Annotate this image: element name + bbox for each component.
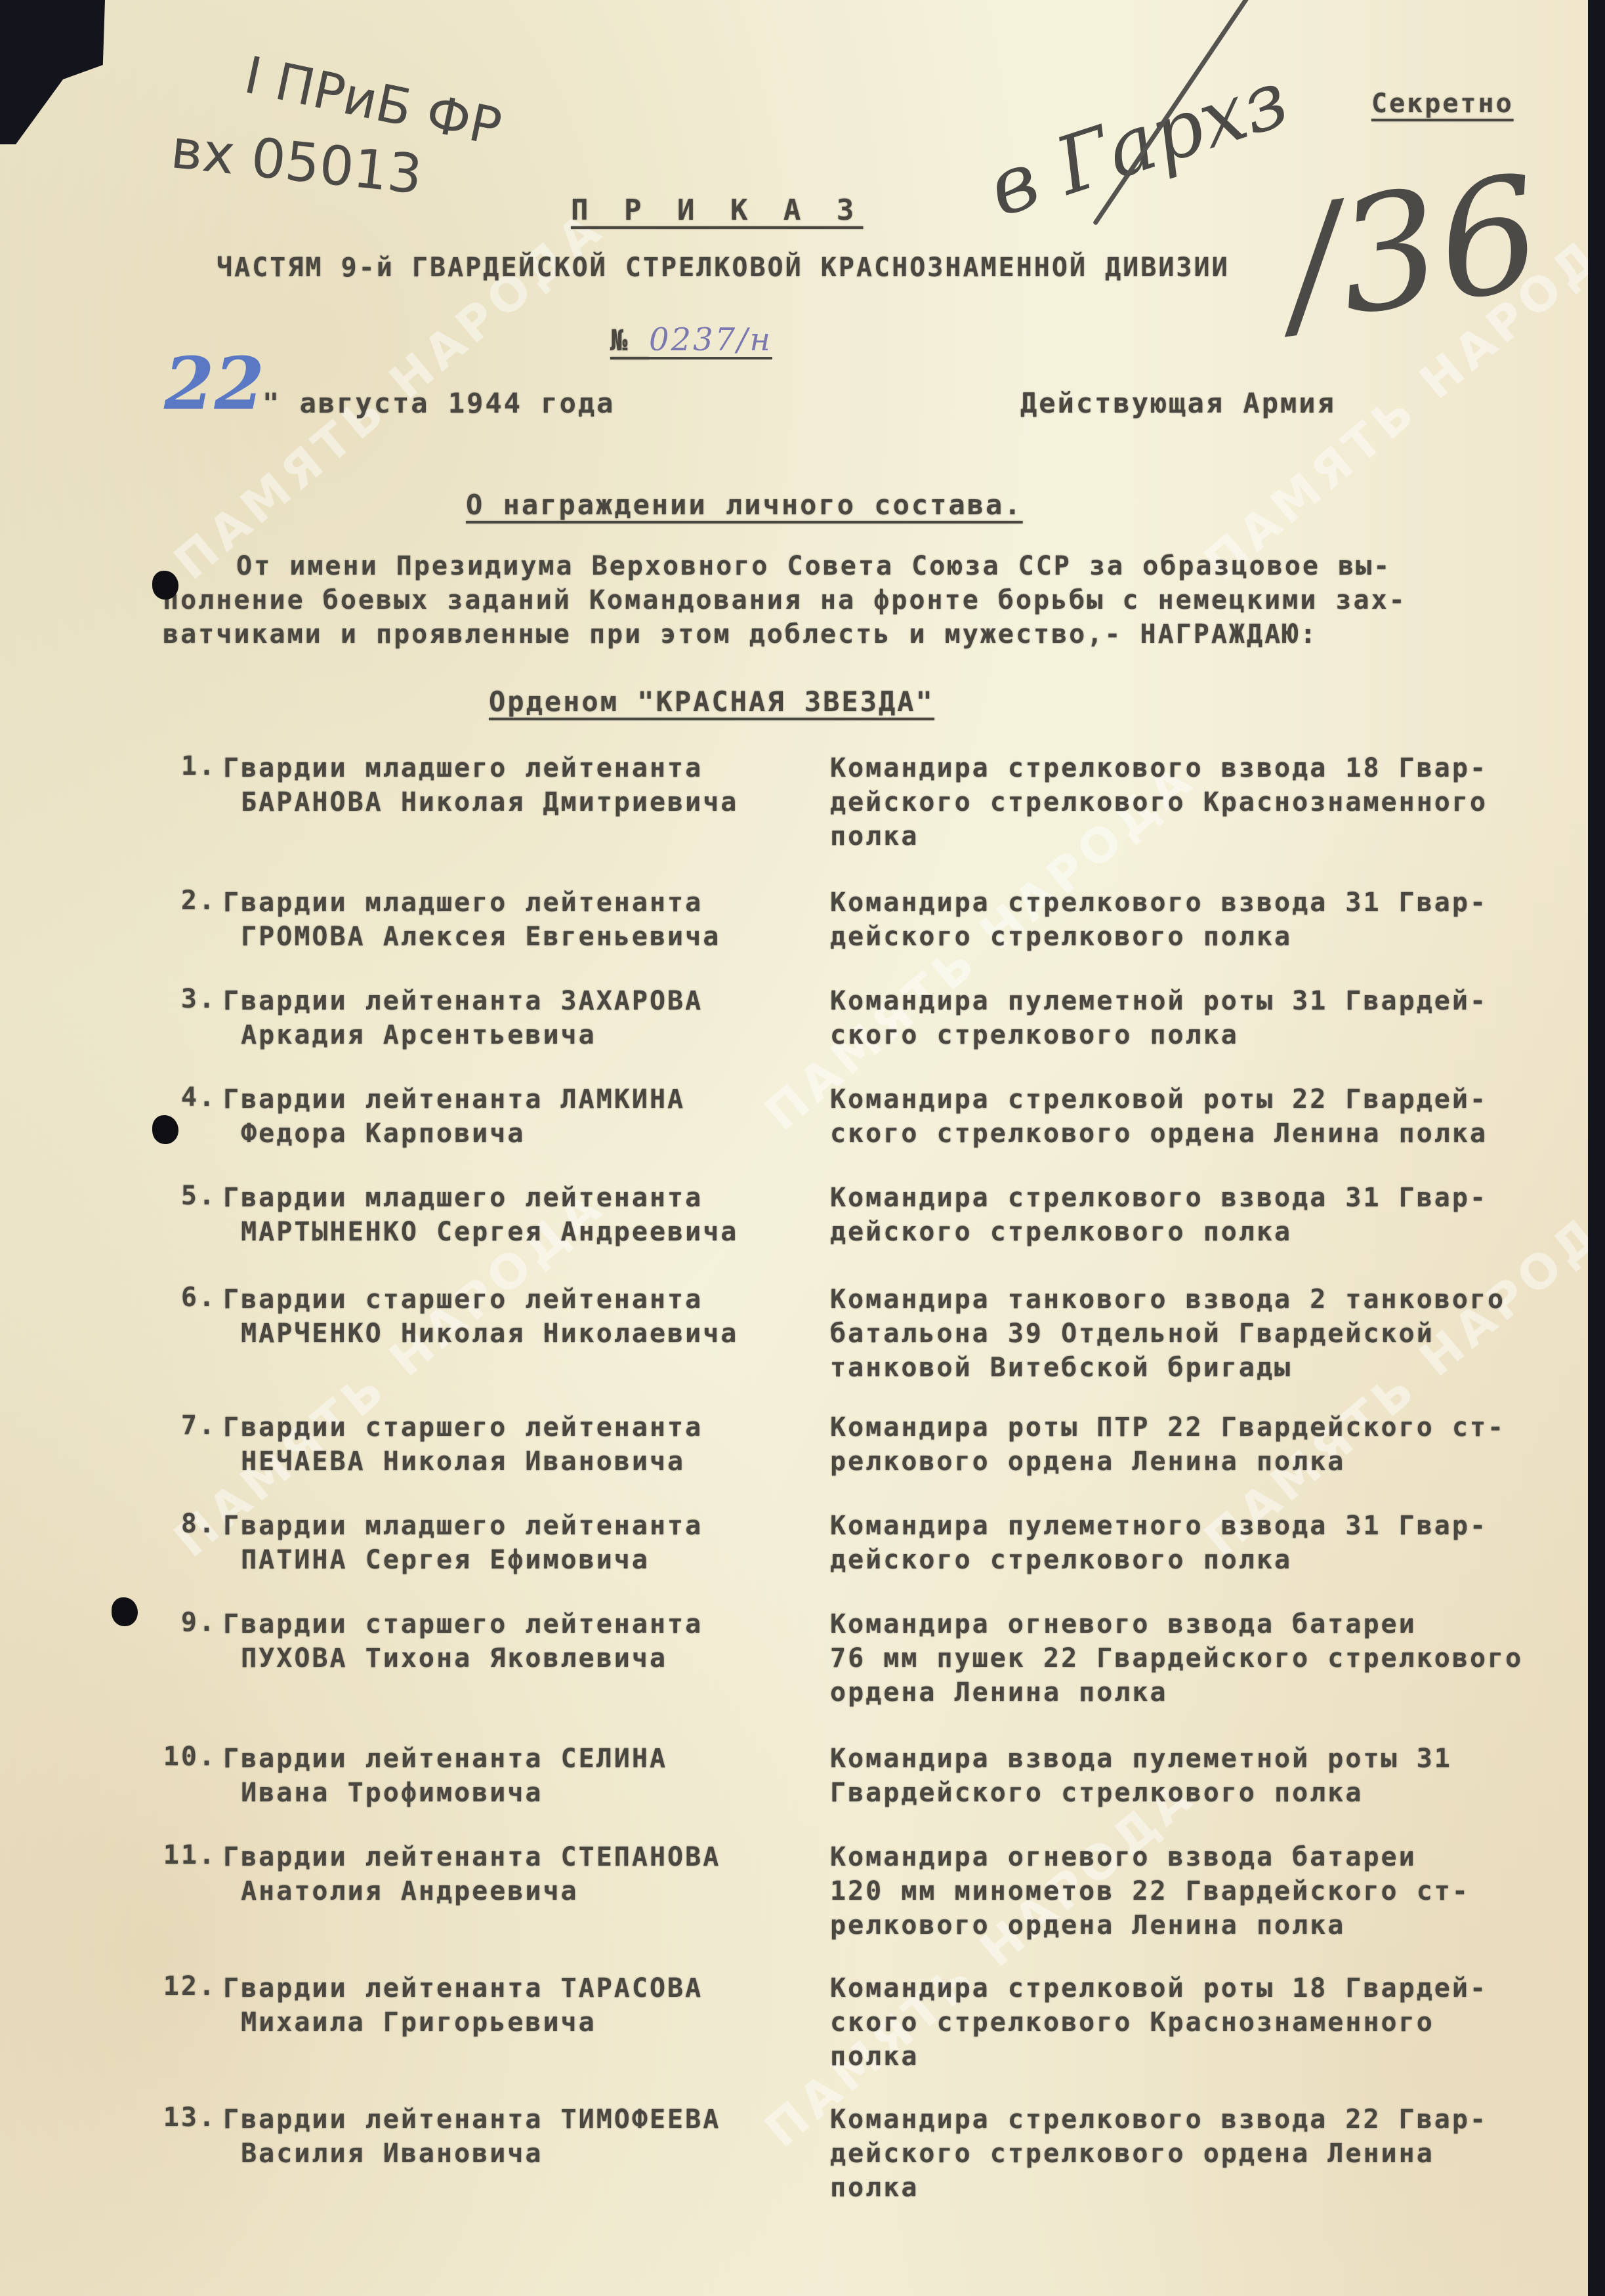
entry-number: 12.: [157, 1971, 217, 2001]
date-day: 22: [164, 341, 264, 426]
entry-name: Гвардии старшего лейтенанта ПУХОВА Тихон…: [223, 1607, 703, 1675]
entry-number: 8.: [157, 1509, 217, 1539]
scan-border: [1588, 0, 1605, 2296]
entry-number: 1.: [157, 751, 217, 781]
signature-mark: /36: [1274, 140, 1551, 358]
page-subtitle: ЧАСТЯМ 9-й ГВАРДЕЙСКОЙ СТРЕЛКОВОЙ КРАСНО…: [217, 253, 1230, 283]
preamble-line: полнение боевых заданий Командования на …: [163, 585, 1407, 615]
entry-position: Командира стрелкового взвода 18 Гвар- де…: [830, 751, 1488, 853]
order-number-value: 0237/н: [649, 321, 772, 358]
entry-name: Гвардии старшего лейтенанта МАРЧЕНКО Ник…: [223, 1282, 738, 1351]
entry-number: 5.: [157, 1181, 217, 1211]
document-page: ПАМЯТЬ НАРОДА ПАМЯТЬ НАРОДА ПАМЯТЬ НАРОД…: [0, 0, 1588, 2296]
entry-position: Командира пулеметной роты 31 Гвардей- ск…: [830, 984, 1488, 1052]
entry-position: Командира стрелкового взвода 31 Гвар- де…: [830, 1181, 1488, 1249]
entry-position: Командира взвода пулеметной роты 31 Гвар…: [830, 1742, 1452, 1810]
entry-position: Командира стрелковой роты 18 Гвардей- ск…: [830, 1971, 1488, 2074]
punch-hole: [152, 571, 178, 600]
preamble-line: От имени Президиума Верховного Совета Со…: [236, 551, 1391, 581]
entry-number: 10.: [157, 1742, 217, 1772]
entry-name: Гвардии лейтенанта ТАРАСОВА Михаила Григ…: [223, 1971, 703, 2040]
order-number-prefix: №: [610, 324, 630, 358]
torn-corner: [0, 0, 105, 144]
handwritten-note: в Гархз: [978, 53, 1299, 235]
entry-name: Гвардии младшего лейтенанта БАРАНОВА Ник…: [223, 751, 738, 819]
entry-name: Гвардии старшего лейтенанта НЕЧАЕВА Нико…: [223, 1410, 703, 1479]
entry-number: 9.: [157, 1607, 217, 1637]
punch-hole: [112, 1597, 138, 1626]
entry-position: Командира пулеметного взвода 31 Гвар- де…: [830, 1509, 1488, 1577]
entry-position: Командира огневого взвода батареи 120 мм…: [830, 1840, 1470, 1942]
entry-name: Гвардии младшего лейтенанта ПАТИНА Серге…: [223, 1509, 703, 1577]
entry-number: 13.: [157, 2102, 217, 2133]
subject-heading: О награждении личного состава.: [466, 489, 1023, 521]
entry-name: Гвардии лейтенанта ТИМОФЕЕВА Василия Ива…: [223, 2102, 720, 2171]
punch-hole: [152, 1115, 178, 1144]
entry-name: Гвардии лейтенанта СЕЛИНА Ивана Трофимов…: [223, 1742, 667, 1810]
page-title: П Р И К А З: [571, 194, 863, 227]
award-heading: Орденом "КРАСНАЯ ЗВЕЗДА": [489, 686, 934, 718]
entry-number: 2.: [157, 886, 217, 916]
entry-number: 4.: [157, 1082, 217, 1113]
entry-name: Гвардии младшего лейтенанта ГРОМОВА Алек…: [223, 886, 720, 954]
entry-position: Командира огневого взвода батареи 76 мм …: [830, 1607, 1523, 1710]
entry-number: 3.: [157, 984, 217, 1014]
entry-name: Гвардии лейтенанта ЗАХАРОВА Аркадия Арсе…: [223, 984, 703, 1052]
watermark: ПАМЯТЬ НАРОДА: [755, 1767, 1205, 2158]
entry-number: 7.: [157, 1410, 217, 1441]
entry-number: 11.: [157, 1840, 217, 1870]
location-label: Действующая Армия: [1020, 387, 1336, 419]
entry-position: Командира роты ПТР 22 Гвардейского ст- р…: [830, 1410, 1505, 1479]
date-text: " августа 1944 года: [262, 387, 615, 419]
entry-position: Командира танкового взвода 2 танкового б…: [830, 1282, 1505, 1385]
entry-position: Командира стрелкового взвода 31 Гвар- де…: [830, 886, 1488, 954]
entry-name: Гвардии лейтенанта ЛАМКИНА Федора Карпов…: [223, 1082, 685, 1151]
entry-name: Гвардии лейтенанта СТЕПАНОВА Анатолия Ан…: [223, 1840, 720, 1908]
entry-name: Гвардии младшего лейтенанта МАРТЫНЕНКО С…: [223, 1181, 738, 1249]
order-number: № 0237/н: [610, 321, 772, 358]
entry-number: 6.: [157, 1282, 217, 1313]
preamble-line: ватчиками и проявленные при этом доблест…: [163, 619, 1318, 649]
entry-position: Командира стрелкового взвода 22 Гвар- де…: [830, 2102, 1488, 2205]
entry-position: Командира стрелковой роты 22 Гвардей- ск…: [830, 1082, 1488, 1151]
classification-label: Секретно: [1371, 89, 1514, 119]
